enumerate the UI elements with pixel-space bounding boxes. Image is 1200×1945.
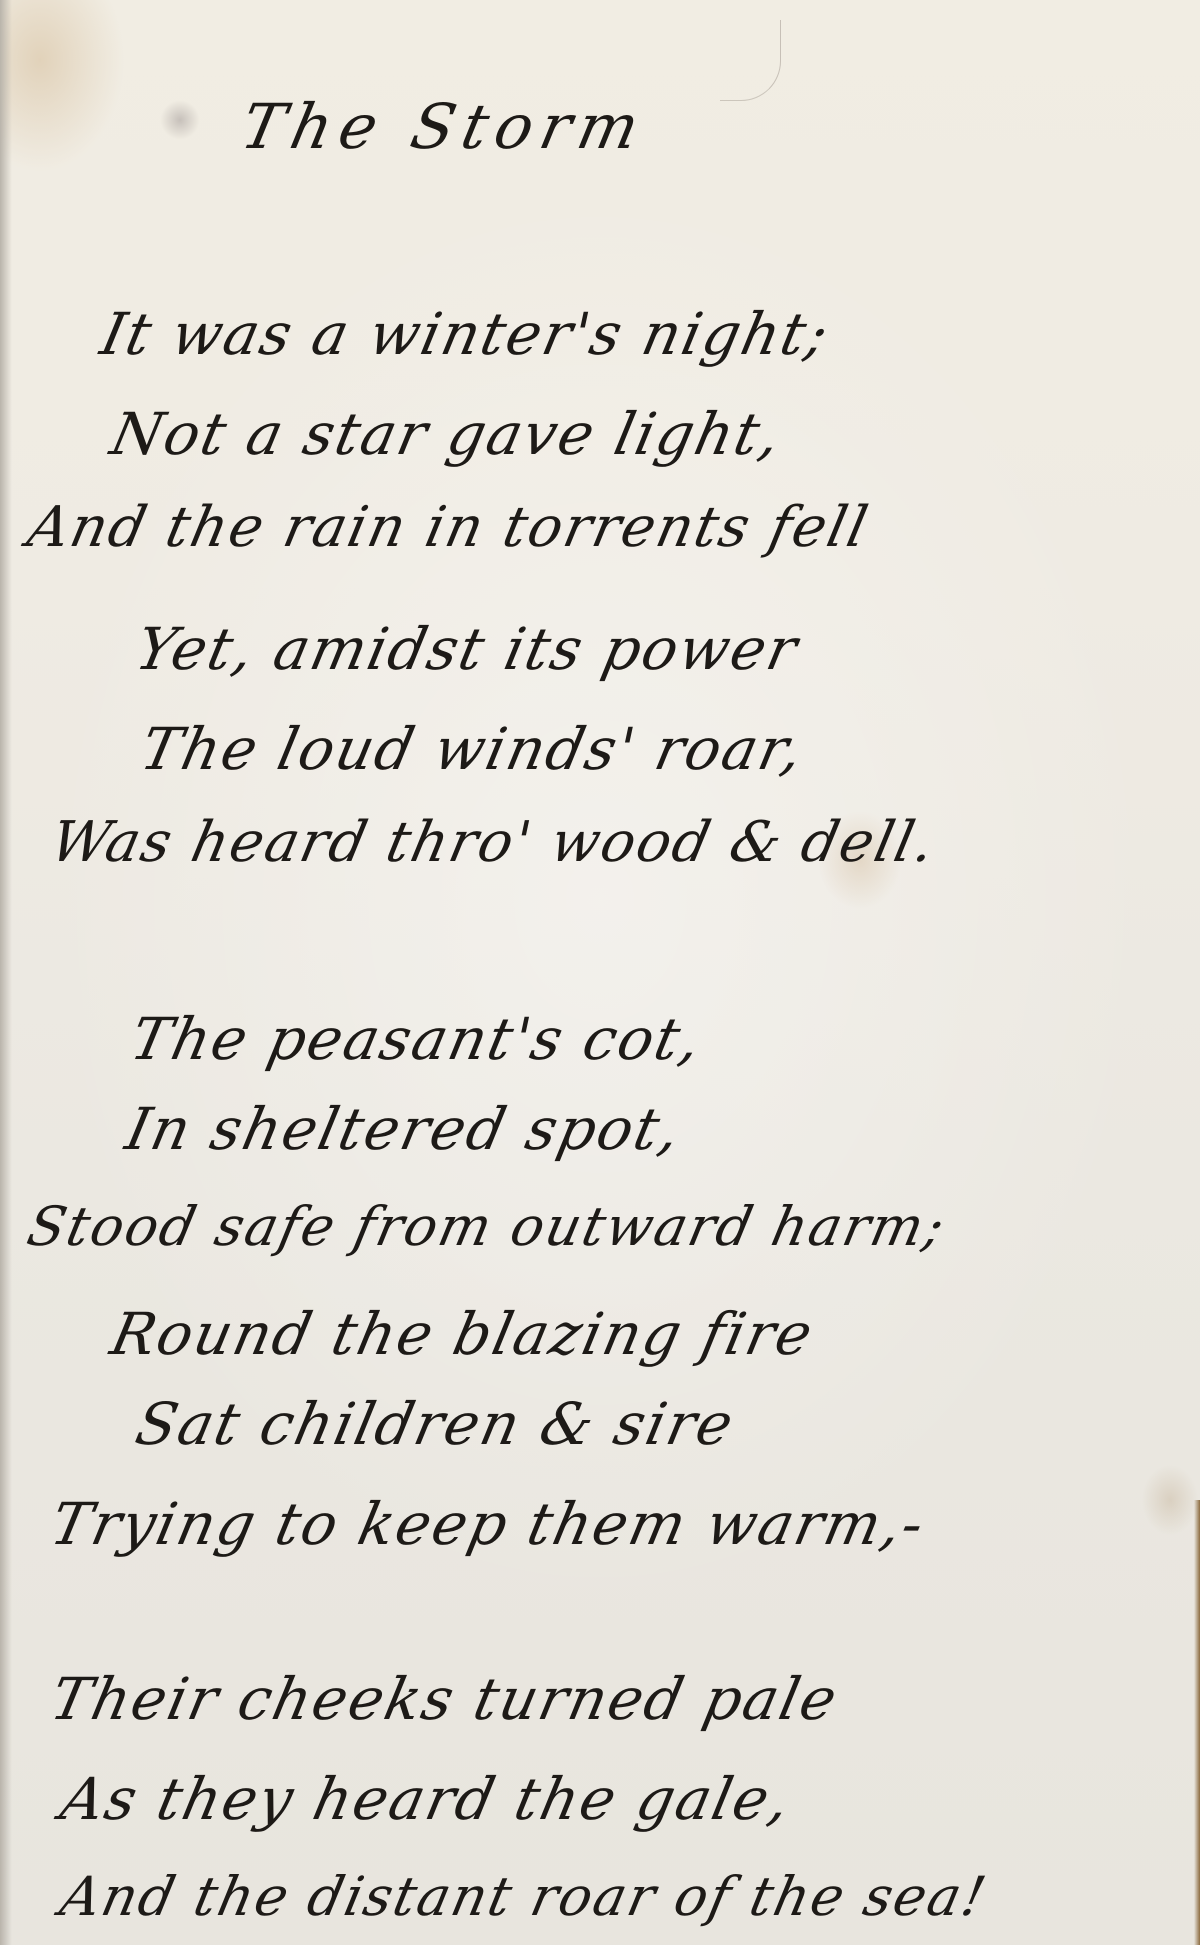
stanza-1-line-3: And the rain in torrents fell	[22, 495, 875, 560]
stanza-1-line-1: It was a winter's night;	[95, 300, 836, 368]
stanza-3-line-1: Their cheeks turned pale	[45, 1665, 845, 1733]
stanza-1-line-5: The loud winds' roar,	[135, 715, 810, 783]
stanza-2-line-2: In sheltered spot,	[120, 1095, 688, 1163]
stanza-2-line-3: Stood safe from outward harm;	[22, 1195, 952, 1258]
stanza-3-line-3: And the distant roar of the sea!	[55, 1865, 993, 1928]
poem-title: The Storm	[235, 90, 653, 163]
stanza-1-line-2: Not a star gave light,	[105, 400, 788, 468]
stanza-2-line-1: The peasant's cot,	[125, 1005, 709, 1073]
ink-smudge	[160, 100, 200, 140]
pencil-mark	[720, 20, 781, 101]
page-edge-stain	[1194, 1500, 1200, 1945]
stanza-3-line-2: As they heard the gale,	[55, 1765, 798, 1833]
page-edge-shadow	[0, 0, 12, 1945]
stanza-2-line-4: Round the blazing fire	[105, 1300, 820, 1368]
stanza-2-line-5: Sat children & sire	[130, 1390, 741, 1458]
stanza-1-line-4: Yet, amidst its power	[130, 615, 805, 683]
manuscript-page: The Storm It was a winter's night; Not a…	[0, 0, 1200, 1945]
stanza-1-line-6: Was heard thro' wood & dell.	[45, 810, 942, 875]
stanza-2-line-6: Trying to keep them warm,-	[45, 1490, 932, 1558]
